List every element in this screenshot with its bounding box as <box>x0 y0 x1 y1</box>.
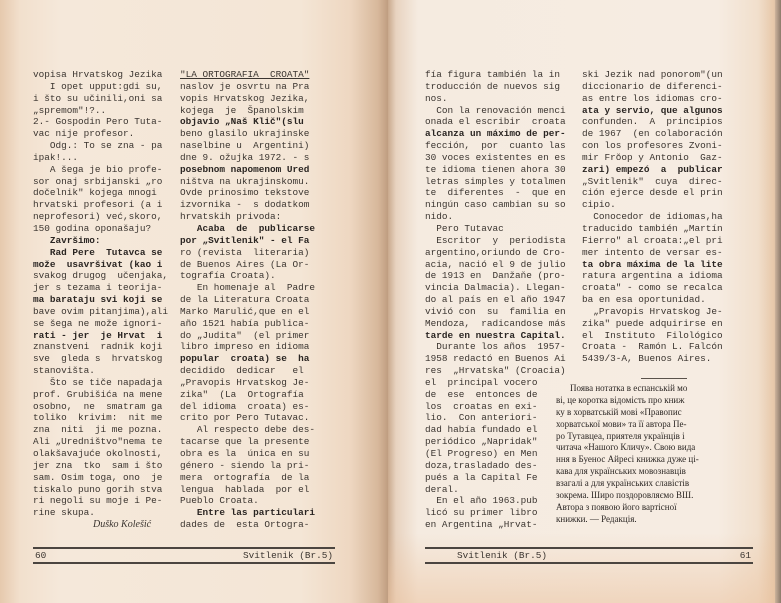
text-line: zna niti ji me pozna. <box>33 424 168 436</box>
text-line: ipak!... <box>33 152 168 164</box>
running-title-left: Svitlenik (Br.5) <box>243 549 333 562</box>
text-line: de 1967 (en colaboración <box>582 128 723 140</box>
text-line: zari) empezó a publicar <box>582 164 723 176</box>
text-line: bave ovim pitanjima),ali <box>33 306 168 318</box>
text-line: En homenaje al Padre <box>180 282 315 294</box>
text-line: stanovišta. <box>33 365 168 377</box>
text-line: „spremom"!?.. <box>33 105 168 117</box>
left-page-column-1: vopisa Hrvatskog Jezika I opet upput:gdi… <box>33 69 168 531</box>
text-line: kojega je Španolskim <box>180 105 315 117</box>
text-line: Odg.: To se zna - pa <box>33 140 168 152</box>
text-line: svakog drugog učenjaka, <box>33 270 168 282</box>
text-line: de la Literatura Croata <box>180 294 315 306</box>
text-line: doza,trasladado des- <box>425 460 566 472</box>
text-line: 30 voces existentes en es <box>425 152 566 164</box>
text-line: objavio „Naš Klič"(slu <box>180 116 315 128</box>
running-title-right: Svitlenik (Br.5) <box>457 549 547 562</box>
text-line: vopis Hrvatskog Jezika, <box>180 93 315 105</box>
text-line: pués a la Capital Fe <box>425 472 566 484</box>
text-line: mera ortografía de la <box>180 472 315 484</box>
text-line: zika" (La Ortografía <box>180 389 315 401</box>
text-line: croata" - como se recalca <box>582 282 723 294</box>
text-line: decidido dedicar el <box>180 365 315 377</box>
text-line: año 1521 había publica- <box>180 318 315 330</box>
book-edge <box>775 0 781 603</box>
text-line: ro (revista literaria) <box>180 247 315 259</box>
text-line: Pero Tutavac <box>425 223 566 235</box>
text-line: A šega je bio profe- <box>33 164 168 176</box>
text-line: toliko krivim: nit me <box>33 412 168 424</box>
text-line: crito por Pero Tutavac. <box>180 412 315 424</box>
text-line: deral. <box>425 484 566 496</box>
text-line: género - siendo la pri- <box>180 460 315 472</box>
text-line: može usavršivat (kao i <box>33 259 168 271</box>
text-line: del idioma croata) es- <box>180 401 315 413</box>
text-line: el Instituto Filológico <box>582 330 723 342</box>
text-line: Conocedor de idiomas,ha <box>582 211 723 223</box>
text-line: sam. Osim toga, ono je <box>33 472 168 484</box>
text-line: libro impreso en idioma <box>180 341 315 353</box>
text-line: 2.- Gospodin Pero Tuta- <box>33 116 168 128</box>
text-line: Croata - Ramón L. Falcón <box>582 341 723 353</box>
ukrainian-editorial-note: Поява нотатка в еспанській мові, це коро… <box>556 383 752 526</box>
text-line: zika" puede adquirirse en <box>582 318 723 330</box>
text-line: Mendoza, radicandose más <box>425 318 566 330</box>
text-line: troducción de nuevos sig <box>425 81 566 93</box>
text-line: vincia Dalmacia). Llegan- <box>425 282 566 294</box>
text-line: „Pravopis Hrvatskog Je- <box>180 377 315 389</box>
text-line: res „Hrvatska" (Croacia) <box>425 365 566 377</box>
text-line: sor onaj srbijanski „ro <box>33 176 168 188</box>
right-page-column-1: fía figura también la introducción de nu… <box>425 69 566 531</box>
text-line: neprofesori) već,skoro, <box>33 211 168 223</box>
text-line: onada el escribir croata <box>425 116 566 128</box>
text-line: 5439/3-A, Buenos Aires. <box>582 353 723 365</box>
text-line: "LA ORTOGRAFIA CROATA" <box>180 69 315 81</box>
text-line: Автора з появою його вартісної <box>556 502 752 514</box>
text-line: Entre las particulari <box>180 507 315 519</box>
text-line: 1958 redactó en Buenos Ai <box>425 353 566 365</box>
separator-rule <box>641 378 687 379</box>
text-line: ку в хорватській мові «Правопис <box>556 407 752 419</box>
text-line: читача «Нашого Кличу». Свою видa <box>556 442 752 454</box>
text-line: mir Frŏop y Antonio Gaz- <box>582 152 723 164</box>
text-line: en Argentina „Hrvat- <box>425 519 566 531</box>
text-line: do al país en el año 1947 <box>425 294 566 306</box>
text-line: dad había fundado el <box>425 424 566 436</box>
text-line: de Buenos Aires (La Or- <box>180 259 315 271</box>
text-line: con los profesores Zvoni- <box>582 140 723 152</box>
text-line: los croatas en exi- <box>425 401 566 413</box>
text-line: osobno, ne smatram ga <box>33 401 168 413</box>
text-line: dočelnik" kojega mnogi <box>33 187 168 199</box>
text-line: vivió con su familia en <box>425 306 566 318</box>
text-line: jer zna tko sam i što <box>33 460 168 472</box>
text-line: do „Judita" (el primer <box>180 330 315 342</box>
text-line: rine skupa. <box>33 507 168 519</box>
right-page-footer: Svitlenik (Br.5) 61 <box>425 547 753 564</box>
text-line: traducido también „Martín <box>582 223 723 235</box>
text-line: se šega ne može ignori- <box>33 318 168 330</box>
text-line: 150 godina oponašaju? <box>33 223 168 235</box>
text-line: ba en esa oportunidad. <box>582 294 723 306</box>
text-line: взагалі а для українських славістів <box>556 478 752 490</box>
text-line: alcanza un máximo de per- <box>425 128 566 140</box>
text-line: jer s tezama i teorija- <box>33 282 168 294</box>
text-line: as entre los idiomas cro- <box>582 93 723 105</box>
text-line: diccionario de diferenci- <box>582 81 723 93</box>
text-line: de 1913 en Danžaňe (pro- <box>425 270 566 282</box>
text-line: ma barataju svi koji se <box>33 294 168 306</box>
text-line: cipio. <box>582 199 723 211</box>
text-line: izvornika - s dodatkom <box>180 199 315 211</box>
text-line: de ese entonces de <box>425 389 566 401</box>
text-line: el principal vocero <box>425 377 566 389</box>
text-line: vac nije profesor. <box>33 128 168 140</box>
text-line: „Pravopis Hrvatskog Je- <box>582 306 723 318</box>
text-line: vopisa Hrvatskog Jezika <box>33 69 168 81</box>
text-line: кава для українських мовознавців <box>556 466 752 478</box>
text-line: Al respecto debe des- <box>180 424 315 436</box>
text-line: beno glasilo ukrajinske <box>180 128 315 140</box>
text-line: lengua hablada por el <box>180 484 315 496</box>
text-line: naselbine u Argentini) <box>180 140 315 152</box>
text-line: Ovde prinosimo tekstove <box>180 187 315 199</box>
text-line: periódico „Napridak" <box>425 436 566 448</box>
text-line: Con la renovación menci <box>425 105 566 117</box>
text-line: Što se tiče napadaja <box>33 377 168 389</box>
text-line: acia, nació el 9 de julio <box>425 259 566 271</box>
text-line: znanstveni radnik koji <box>33 341 168 353</box>
text-line: ningún caso cambian su so <box>425 199 566 211</box>
text-line: nos. <box>425 93 566 105</box>
text-line: prof. Grubišića na mene <box>33 389 168 401</box>
text-line: rati - jer je Hrvat i <box>33 330 168 342</box>
text-line: Rad Pere Tutavca se <box>33 247 168 259</box>
text-line: olakšavajuće okolnosti, <box>33 448 168 460</box>
text-line: Acaba de publicarse <box>180 223 315 235</box>
left-page-column-2: "LA ORTOGRAFIA CROATA"naslov je osvrtu n… <box>180 69 315 531</box>
left-page: vopisa Hrvatskog Jezika I opet upput:gdi… <box>0 0 388 603</box>
text-line: ción ejerce desde el prin <box>582 187 723 199</box>
text-line: книжки. — Редакція. <box>556 514 752 526</box>
text-line: lio. Con anteriori- <box>425 412 566 424</box>
text-line: ski Jezik nad ponorom"(un <box>582 69 723 81</box>
text-line: Pueblo Croata. <box>180 495 315 507</box>
text-line: Escritor y periodista <box>425 235 566 247</box>
text-line: licó su primer libro <box>425 507 566 519</box>
text-line: posebnom napomenom Ured <box>180 164 315 176</box>
text-line: зокрема. Широ поздоровляємо ВШ. <box>556 490 752 502</box>
page-number-left: 60 <box>35 549 46 562</box>
text-line: Поява нотатка в еспанській мо <box>556 383 752 395</box>
text-line: te idioma tienen ahora 30 <box>425 164 566 176</box>
text-line: hrvatski profesori (a i <box>33 199 168 211</box>
text-line: „Svitlenik" cuya direc- <box>582 176 723 188</box>
text-line: mer intento de versar es- <box>582 247 723 259</box>
text-line: ništva na ukrajinskomu. <box>180 176 315 188</box>
text-line: Durante los años 1957- <box>425 341 566 353</box>
text-line: popular croata) se ha <box>180 353 315 365</box>
text-line: ata y servio, que algunos <box>582 105 723 117</box>
text-line: ві, це коротка відомість про книж <box>556 395 752 407</box>
text-line: En el año 1963.pub <box>425 495 566 507</box>
text-line: i što su učinili,oni sa <box>33 93 168 105</box>
text-line: ння в Буенос Айресі книжка дуже ці- <box>556 454 752 466</box>
text-line: dades de esta Ortogra- <box>180 519 315 531</box>
text-line: sve gleda s hrvatskog <box>33 353 168 365</box>
text-line: fección, por cuanto las <box>425 140 566 152</box>
text-line: por „Svitlenik" - el Fa <box>180 235 315 247</box>
text-line: dne 9. ožujka 1972. - s <box>180 152 315 164</box>
text-line: letras simples y totalmen <box>425 176 566 188</box>
text-line: Marko Marulić,que en el <box>180 306 315 318</box>
author-signature: Duško Kolešić <box>33 519 168 531</box>
text-line: naslov je osvrtu na Pra <box>180 81 315 93</box>
text-line: Završimo: <box>33 235 168 247</box>
text-line: nido. <box>425 211 566 223</box>
text-line: I opet upput:gdi su, <box>33 81 168 93</box>
text-line: ri negoli su moje i Pe- <box>33 495 168 507</box>
text-line: ratura argentina a idioma <box>582 270 723 282</box>
text-line: argentino,oriundo de Cro- <box>425 247 566 259</box>
text-line: tarde en nuestra Capital. <box>425 330 566 342</box>
text-line: Ali „Uredništvo"nema te <box>33 436 168 448</box>
page-number-right: 61 <box>740 549 751 562</box>
text-line: fía figura también la in <box>425 69 566 81</box>
text-line: хорватської мови» та її автора Пе- <box>556 419 752 431</box>
right-page-column-2: ski Jezik nad ponorom"(undiccionario de … <box>582 69 723 365</box>
text-line: ta obra máxima de la lite <box>582 259 723 271</box>
text-line: ро Тутавцеа, приятеля українців і <box>556 431 752 443</box>
text-line: tacarse que la presente <box>180 436 315 448</box>
text-line: tografía Croata). <box>180 270 315 282</box>
text-line: hrvatskih privoda: <box>180 211 315 223</box>
left-page-footer: 60 Svitlenik (Br.5) <box>33 547 335 564</box>
text-line: obra es la única en su <box>180 448 315 460</box>
text-line: Fierro" al croata:„el pri <box>582 235 723 247</box>
text-line: confunden. A principios <box>582 116 723 128</box>
text-line: tiskalo puno gorih stva <box>33 484 168 496</box>
text-line: (El Progreso) en Men <box>425 448 566 460</box>
text-line: te diferentes - que en <box>425 187 566 199</box>
